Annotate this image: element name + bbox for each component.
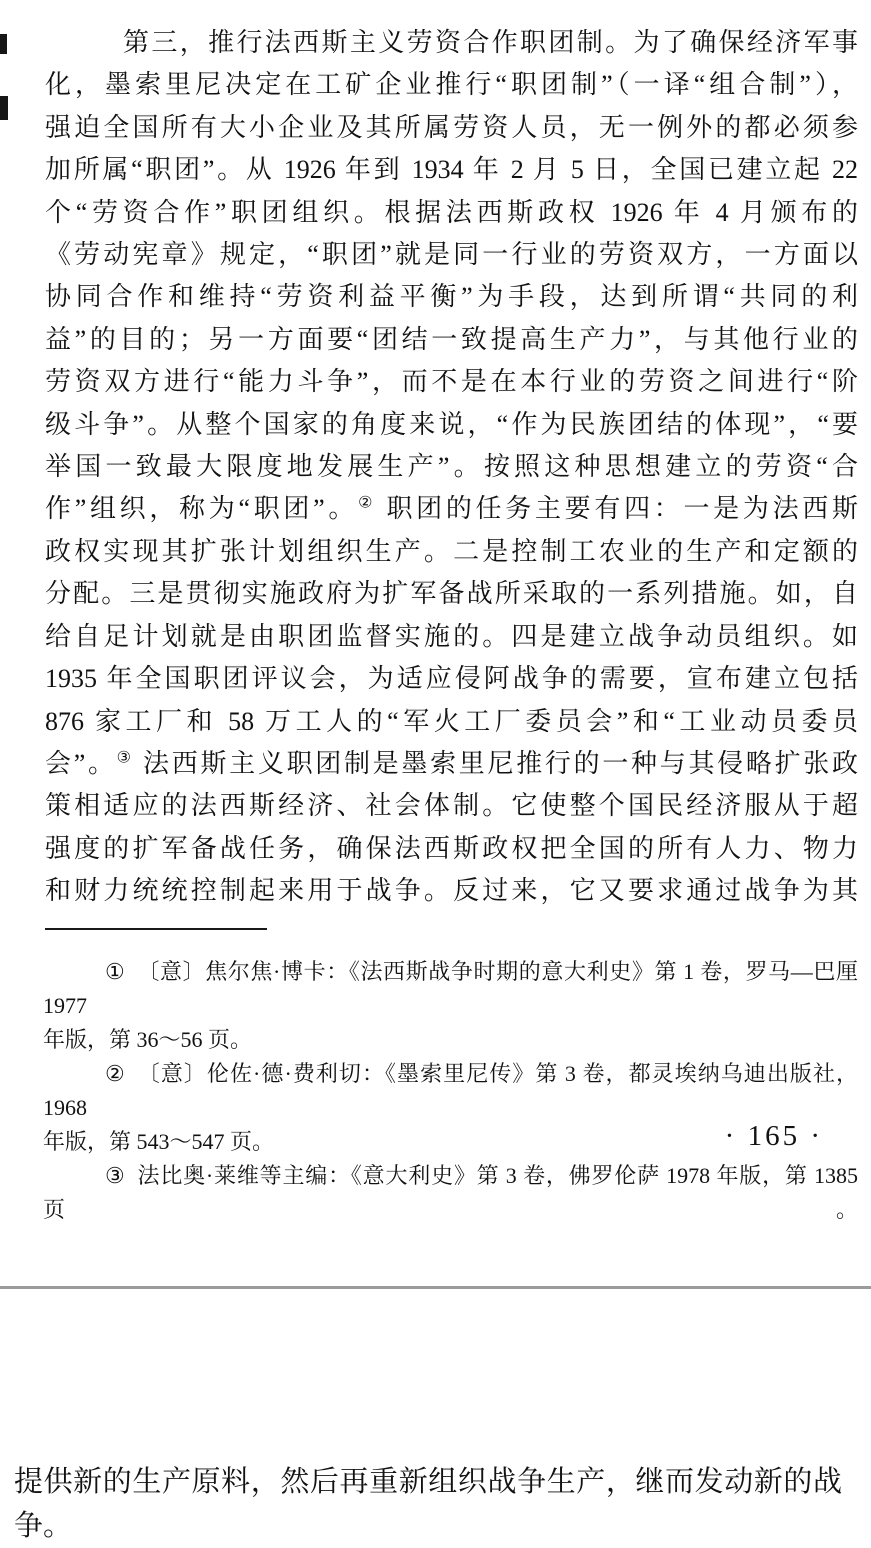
text-line: 分配。三是贯彻实施政府为扩军备战所采取的一系列措施。如，自 [45, 573, 858, 615]
text-line: 加所属“职团”。从 1926 年到 1934 年 2 月 5 日，全国已建立起 … [45, 149, 858, 191]
text-line: 强度的扩军备战任务，确保法西斯政权把全国的所有人力、物力 [45, 828, 858, 870]
text-segment: 作”组织，称为“职团”。 [45, 494, 358, 523]
text-line: 和财力统统控制起来用于战争。反过来，它又要求通过战争为其 [45, 870, 858, 912]
scan-artifact [0, 96, 8, 120]
text-line: 策相适应的法西斯经济、社会体制。它使整个国民经济服从于超 [45, 785, 858, 827]
text-line: 劳资双方进行“能力斗争”，而不是在本行业的劳资之间进行“阶 [45, 361, 858, 403]
text-line: 会”。③ 法西斯主义职团制是墨索里尼推行的一种与其侵略扩张政 [45, 743, 858, 785]
text-segment: 会”。 [45, 749, 117, 778]
footnote-item-1: ①〔意〕焦尔焦·博卡：《法西斯战争时期的意大利史》第 1 卷，罗马—巴厘 197… [43, 955, 858, 1023]
scan-artifact [0, 34, 7, 54]
text-line: 个“劳资合作”职团组织。根据法西斯政权 1926 年 4 月颁布的 [45, 192, 858, 234]
text-line: 化，墨索里尼决定在工矿企业推行“职团制”（一译“组合制”）， [45, 64, 858, 106]
text-line: 益”的目的；另一方面要“团结一致提高生产力”，与其他行业的 [45, 319, 858, 361]
text-line: 级斗争”。从整个国家的角度来说，“作为民族团结的体现”，“要 [45, 404, 858, 446]
text-line: 协同合作和维持“劳资利益平衡”为手段，达到所谓“共同的利 [45, 276, 858, 318]
page-number: · 165 · [725, 1120, 823, 1153]
text-segment: 职团的任务主要有四：一是为法西斯 [376, 494, 858, 523]
section-divider [0, 1286, 871, 1289]
footnote-text: 〔意〕伦佐·德·费利切：《墨索里尼传》第 3 卷，都灵埃纳乌迪出版社，1968 [43, 1061, 858, 1120]
main-paragraph: 第三，推行法西斯主义劳资合作职团制。为了确保经济军事 化，墨索里尼决定在工矿企业… [45, 22, 858, 913]
text-line: 《劳动宪章》规定，“职团”就是同一行业的劳资双方，一方面以 [45, 234, 858, 276]
text-line: 给自足计划就是由职团监督实施的。四是建立战争动员组织。如 [45, 616, 858, 658]
text-line: 1935 年全国职团评议会，为适应侵阿战争的需要，宣布建立包括 [45, 658, 858, 700]
footnote-item-1-cont: 年版，第 36～56 页。 [43, 1023, 858, 1057]
text-line: 举国一致最大限度地发展生产”。按照这种思想建立的劳资“合 [45, 446, 858, 488]
footnote-text: 〔意〕焦尔焦·博卡：《法西斯战争时期的意大利史》第 1 卷，罗马—巴厘 1977 [43, 959, 858, 1018]
text-segment: 法西斯主义职团制是墨索里尼推行的一种与其侵略扩张政 [134, 749, 858, 778]
text-line: 第三，推行法西斯主义劳资合作职团制。为了确保经济军事 [45, 22, 858, 64]
book-page: 第三，推行法西斯主义劳资合作职团制。为了确保经济军事 化，墨索里尼决定在工矿企业… [0, 0, 871, 1548]
footnote-marker-2: ② [105, 1061, 126, 1086]
text-line: 876 家工厂和 58 万工人的“军火工厂委员会”和“工业动员委员 [45, 701, 858, 743]
footnote-text: 法比奥·莱维等主编：《意大利史》第 3 卷，佛罗伦萨 1978 年版，第 138… [43, 1163, 858, 1222]
text-line: 政权实现其扩张计划组织生产。二是控制工农业的生产和定额的 [45, 531, 858, 573]
footnote-section: ①〔意〕焦尔焦·博卡：《法西斯战争时期的意大利史》第 1 卷，罗马—巴厘 197… [43, 955, 858, 1227]
text-line: 强迫全国所有大小企业及其所属劳资人员，无一例外的都必须参 [45, 107, 858, 149]
footnote-separator [45, 928, 267, 930]
text-line: 争。 [14, 1504, 842, 1548]
text-line: 作”组织，称为“职团”。② 职团的任务主要有四：一是为法西斯 [45, 488, 858, 530]
footnote-ref-3: ③ [117, 749, 134, 766]
footnote-item-3: ③法比奥·莱维等主编：《意大利史》第 3 卷，佛罗伦萨 1978 年版，第 13… [43, 1159, 858, 1227]
text-line: 提供新的生产原料，然后再重新组织战争生产，继而发动新的战 [14, 1460, 842, 1504]
bottom-paragraph: 提供新的生产原料，然后再重新组织战争生产，继而发动新的战 争。 [14, 1460, 842, 1548]
footnote-marker-1: ① [105, 959, 125, 984]
footnote-ref-2: ② [358, 495, 376, 512]
footnote-item-2: ②〔意〕伦佐·德·费利切：《墨索里尼传》第 3 卷，都灵埃纳乌迪出版社，1968 [43, 1057, 858, 1125]
footnote-marker-3: ③ [105, 1163, 126, 1188]
